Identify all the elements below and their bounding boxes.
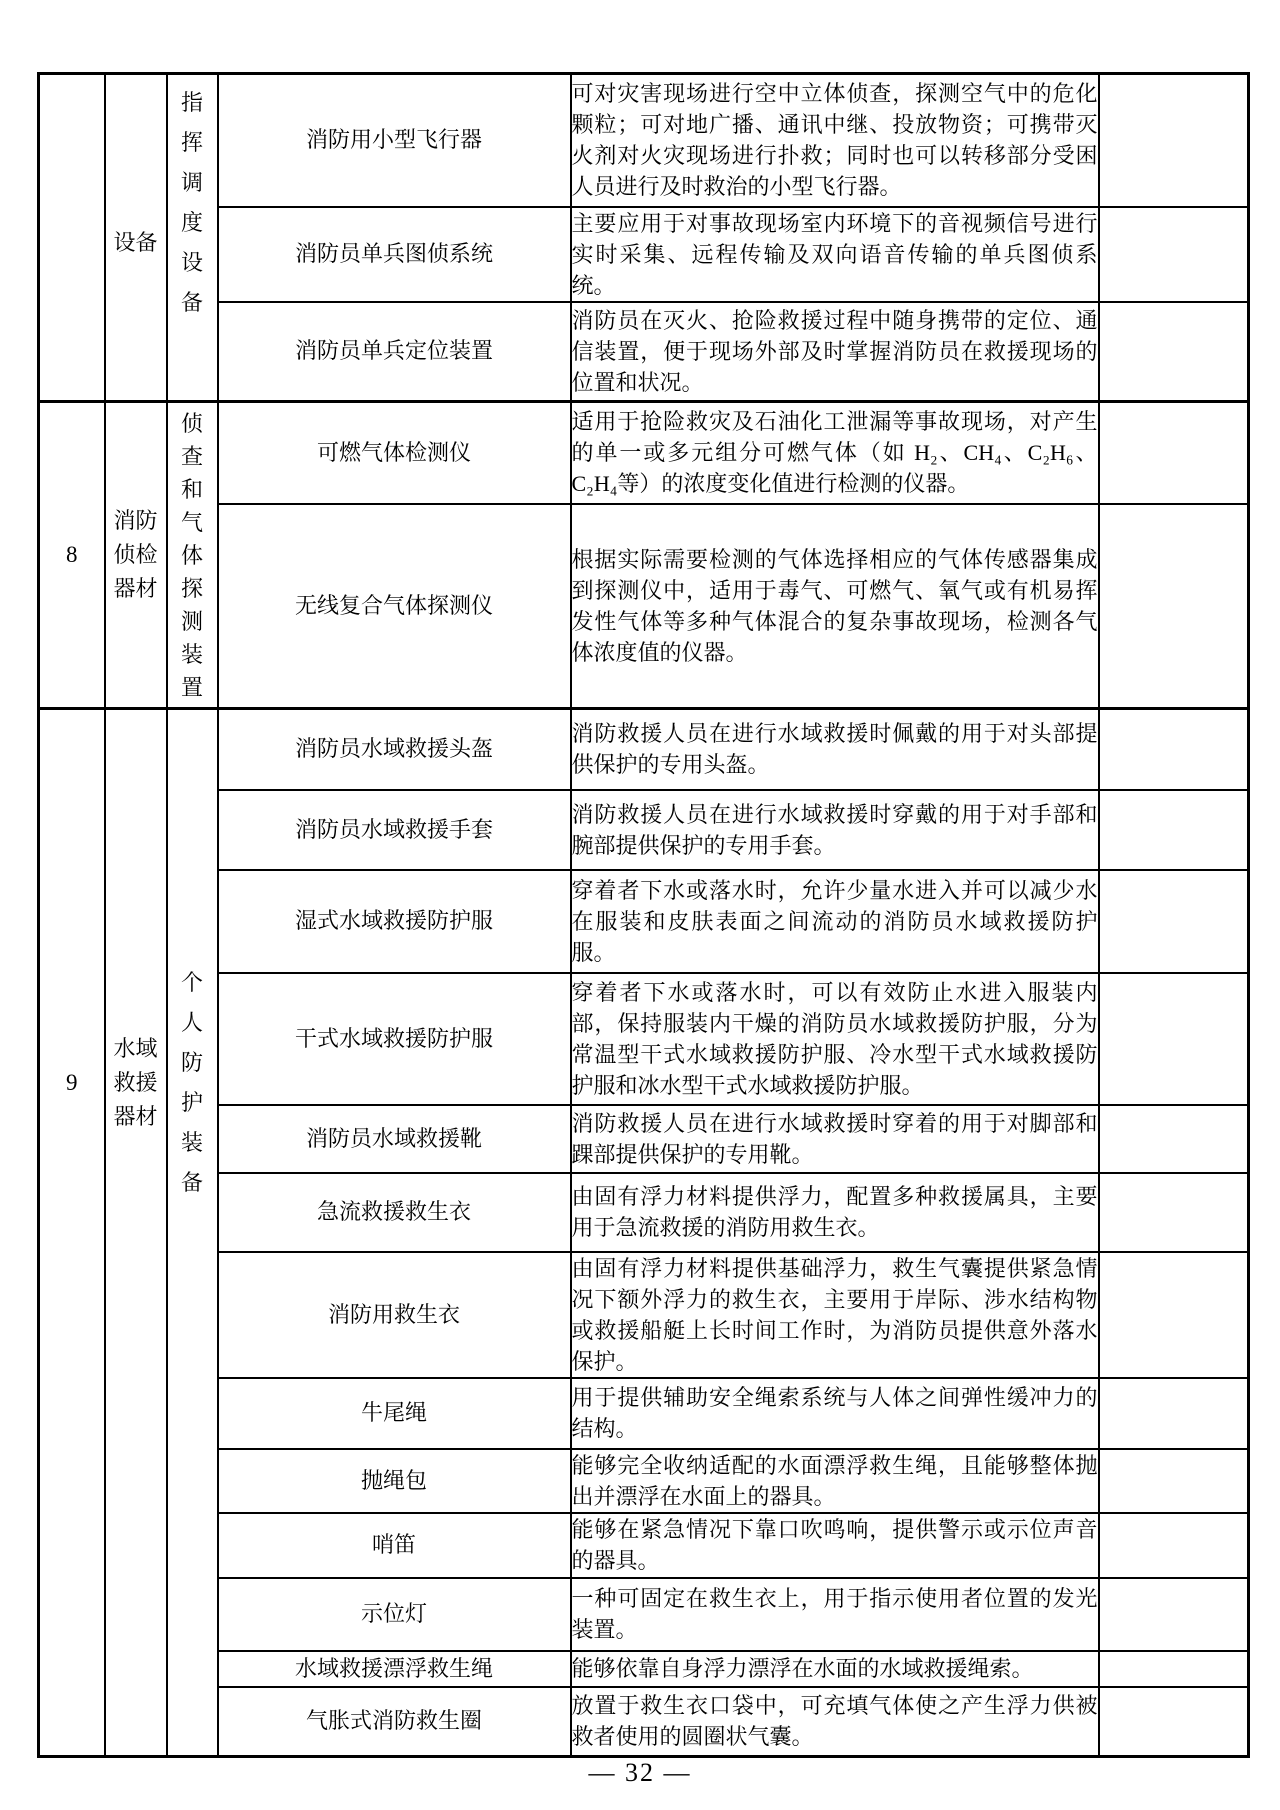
remarks-cell: [1099, 1651, 1249, 1687]
equipment-name-cell: 消防用救生衣: [218, 1252, 571, 1378]
row-number-cell: 8: [39, 402, 105, 709]
row-number: 9: [40, 1070, 104, 1096]
document-page: 设备 指挥调度设备 消防用小型飞行器 可对灾害现场进行空中立体侦查，探测空气中的…: [0, 0, 1280, 1810]
remarks-cell: [1099, 790, 1249, 870]
equipment-description-cell: 由固有浮力材料提供基础浮力，救生气囊提供紧急情况下额外浮力的救生衣，主要用于岸际…: [571, 1252, 1099, 1378]
category-label: 设备: [112, 226, 160, 260]
remarks-cell: [1099, 1105, 1249, 1173]
remarks-cell: [1099, 973, 1249, 1105]
table-row: 消防员水域救援手套 消防救援人员在进行水域救援时穿戴的用于对手部和腕部提供保护的…: [39, 790, 1249, 870]
equipment-description-cell: 用于提供辅助安全绳索系统与人体之间弹性缓冲力的结构。: [571, 1378, 1099, 1449]
table-row: 湿式水域救援防护服 穿着者下水或落水时，允许少量水进入并可以减少水在服装和皮肤表…: [39, 870, 1249, 973]
equipment-name-cell: 消防员水域救援手套: [218, 790, 571, 870]
remarks-cell: [1099, 870, 1249, 973]
table-row: 抛绳包 能够完全收纳适配的水面漂浮救生绳，且能够整体抛出并漂浮在水面上的器具。: [39, 1449, 1249, 1513]
equipment-description-cell: 消防员在灭火、抢险救援过程中随身携带的定位、通信装置，便于现场外部及时掌握消防员…: [571, 302, 1099, 402]
equipment-name-cell: 消防用小型飞行器: [218, 74, 571, 207]
equipment-name-cell: 牛尾绳: [218, 1378, 571, 1449]
table-row: 消防员单兵图侦系统 主要应用于对事故现场室内环境下的音视频信号进行实时采集、远程…: [39, 207, 1249, 302]
remarks-cell: [1099, 1449, 1249, 1513]
equipment-description-cell: 根据实际需要检测的气体选择相应的气体传感器集成到探测仪中，适用于毒气、可燃气、氧…: [571, 504, 1099, 709]
equipment-name-cell: 干式水域救援防护服: [218, 973, 571, 1105]
remarks-cell: [1099, 504, 1249, 709]
equipment-name-cell: 示位灯: [218, 1578, 571, 1651]
equipment-name-cell: 哨笛: [218, 1513, 571, 1578]
category-label: 水域救援器材: [112, 1032, 160, 1134]
remarks-cell: [1099, 1378, 1249, 1449]
table-row: 消防员单兵定位装置 消防员在灭火、抢险救援过程中随身携带的定位、通信装置，便于现…: [39, 302, 1249, 402]
equipment-name-cell: 消防员水域救援靴: [218, 1105, 571, 1173]
equipment-description-cell: 可对灾害现场进行空中立体侦查，探测空气中的危化颗粒；可对地广播、通讯中继、投放物…: [571, 74, 1099, 207]
subcategory-label: 个人防护装备: [180, 963, 204, 1203]
table-row: 牛尾绳 用于提供辅助安全绳索系统与人体之间弹性缓冲力的结构。: [39, 1378, 1249, 1449]
equipment-description-cell: 能够完全收纳适配的水面漂浮救生绳，且能够整体抛出并漂浮在水面上的器具。: [571, 1449, 1099, 1513]
category-cell: 消防侦检器材: [105, 402, 167, 709]
equipment-description-cell: 消防救援人员在进行水域救援时穿着的用于对脚部和踝部提供保护的专用靴。: [571, 1105, 1099, 1173]
remarks-cell: [1099, 74, 1249, 207]
equipment-description-cell: 适用于抢险救灾及石油化工泄漏等事故现场，对产生的单一或多元组分可燃气体（如 H₂…: [571, 402, 1099, 504]
table-row: 消防员水域救援靴 消防救援人员在进行水域救援时穿着的用于对脚部和踝部提供保护的专…: [39, 1105, 1249, 1173]
category-label: 消防侦检器材: [112, 504, 160, 606]
equipment-description-cell: 穿着者下水或落水时，允许少量水进入并可以减少水在服装和皮肤表面之间流动的消防员水…: [571, 870, 1099, 973]
table-row: 8 消防侦检器材 侦查和气体探测装置 可燃气体检测仪 适用于抢险救灾及石油化工泄…: [39, 402, 1249, 504]
remarks-cell: [1099, 709, 1249, 790]
table-row: 水域救援漂浮救生绳 能够依靠自身浮力漂浮在水面的水域救援绳索。: [39, 1651, 1249, 1687]
equipment-name-cell: 可燃气体检测仪: [218, 402, 571, 504]
remarks-cell: [1099, 302, 1249, 402]
subcategory-cell: 侦查和气体探测装置: [167, 402, 218, 709]
subcategory-cell: 个人防护装备: [167, 709, 218, 1757]
subcategory-label: 指挥调度设备: [180, 83, 204, 323]
remarks-cell: [1099, 1687, 1249, 1757]
table-row: 无线复合气体探测仪 根据实际需要检测的气体选择相应的气体传感器集成到探测仪中，适…: [39, 504, 1249, 709]
subcategory-cell: 指挥调度设备: [167, 74, 218, 402]
remarks-cell: [1099, 402, 1249, 504]
equipment-description-cell: 放置于救生衣口袋中，可充填气体使之产生浮力供被救者使用的圆圈状气囊。: [571, 1687, 1099, 1757]
table-row: 9 水域救援器材 个人防护装备 消防员水域救援头盔 消防救援人员在进行水域救援时…: [39, 709, 1249, 790]
equipment-name-cell: 湿式水域救援防护服: [218, 870, 571, 973]
equipment-name-cell: 急流救援救生衣: [218, 1173, 571, 1252]
equipment-name-cell: 气胀式消防救生圈: [218, 1687, 571, 1757]
remarks-cell: [1099, 1252, 1249, 1378]
equipment-table: 设备 指挥调度设备 消防用小型飞行器 可对灾害现场进行空中立体侦查，探测空气中的…: [37, 72, 1250, 1758]
table-row: 消防用救生衣 由固有浮力材料提供基础浮力，救生气囊提供紧急情况下额外浮力的救生衣…: [39, 1252, 1249, 1378]
equipment-description-cell: 消防救援人员在进行水域救援时穿戴的用于对手部和腕部提供保护的专用手套。: [571, 790, 1099, 870]
table-row: 设备 指挥调度设备 消防用小型飞行器 可对灾害现场进行空中立体侦查，探测空气中的…: [39, 74, 1249, 207]
equipment-name-cell: 消防员水域救援头盔: [218, 709, 571, 790]
equipment-description-cell: 消防救援人员在进行水域救援时佩戴的用于对头部提供保护的专用头盔。: [571, 709, 1099, 790]
table-row: 急流救援救生衣 由固有浮力材料提供浮力，配置多种救援属具，主要用于急流救援的消防…: [39, 1173, 1249, 1252]
equipment-description-cell: 主要应用于对事故现场室内环境下的音视频信号进行实时采集、远程传输及双向语音传输的…: [571, 207, 1099, 302]
table-row: 示位灯 一种可固定在救生衣上，用于指示使用者位置的发光装置。: [39, 1578, 1249, 1651]
remarks-cell: [1099, 207, 1249, 302]
category-cell: 水域救援器材: [105, 709, 167, 1757]
table-row: 干式水域救援防护服 穿着者下水或落水时，可以有效防止水进入服装内部，保持服装内干…: [39, 973, 1249, 1105]
remarks-cell: [1099, 1513, 1249, 1578]
equipment-name-cell: 水域救援漂浮救生绳: [218, 1651, 571, 1687]
equipment-name-cell: 抛绳包: [218, 1449, 571, 1513]
table-row: 气胀式消防救生圈 放置于救生衣口袋中，可充填气体使之产生浮力供被救者使用的圆圈状…: [39, 1687, 1249, 1757]
equipment-description-cell: 一种可固定在救生衣上，用于指示使用者位置的发光装置。: [571, 1578, 1099, 1651]
equipment-name-cell: 消防员单兵图侦系统: [218, 207, 571, 302]
page-number: — 32 —: [0, 1758, 1280, 1788]
row-number: 8: [40, 542, 104, 568]
remarks-cell: [1099, 1578, 1249, 1651]
subcategory-label: 侦查和气体探测装置: [180, 407, 204, 704]
equipment-description-cell: 能够依靠自身浮力漂浮在水面的水域救援绳索。: [571, 1651, 1099, 1687]
equipment-name-cell: 消防员单兵定位装置: [218, 302, 571, 402]
equipment-description-cell: 由固有浮力材料提供浮力，配置多种救援属具，主要用于急流救援的消防用救生衣。: [571, 1173, 1099, 1252]
row-number-cell: 9: [39, 709, 105, 1757]
equipment-description-cell: 穿着者下水或落水时，可以有效防止水进入服装内部，保持服装内干燥的消防员水域救援防…: [571, 973, 1099, 1105]
equipment-description-cell: 能够在紧急情况下靠口吹鸣响，提供警示或示位声音的器具。: [571, 1513, 1099, 1578]
category-cell: 设备: [105, 74, 167, 402]
table-row: 哨笛 能够在紧急情况下靠口吹鸣响，提供警示或示位声音的器具。: [39, 1513, 1249, 1578]
remarks-cell: [1099, 1173, 1249, 1252]
row-number-cell: [39, 74, 105, 402]
equipment-name-cell: 无线复合气体探测仪: [218, 504, 571, 709]
